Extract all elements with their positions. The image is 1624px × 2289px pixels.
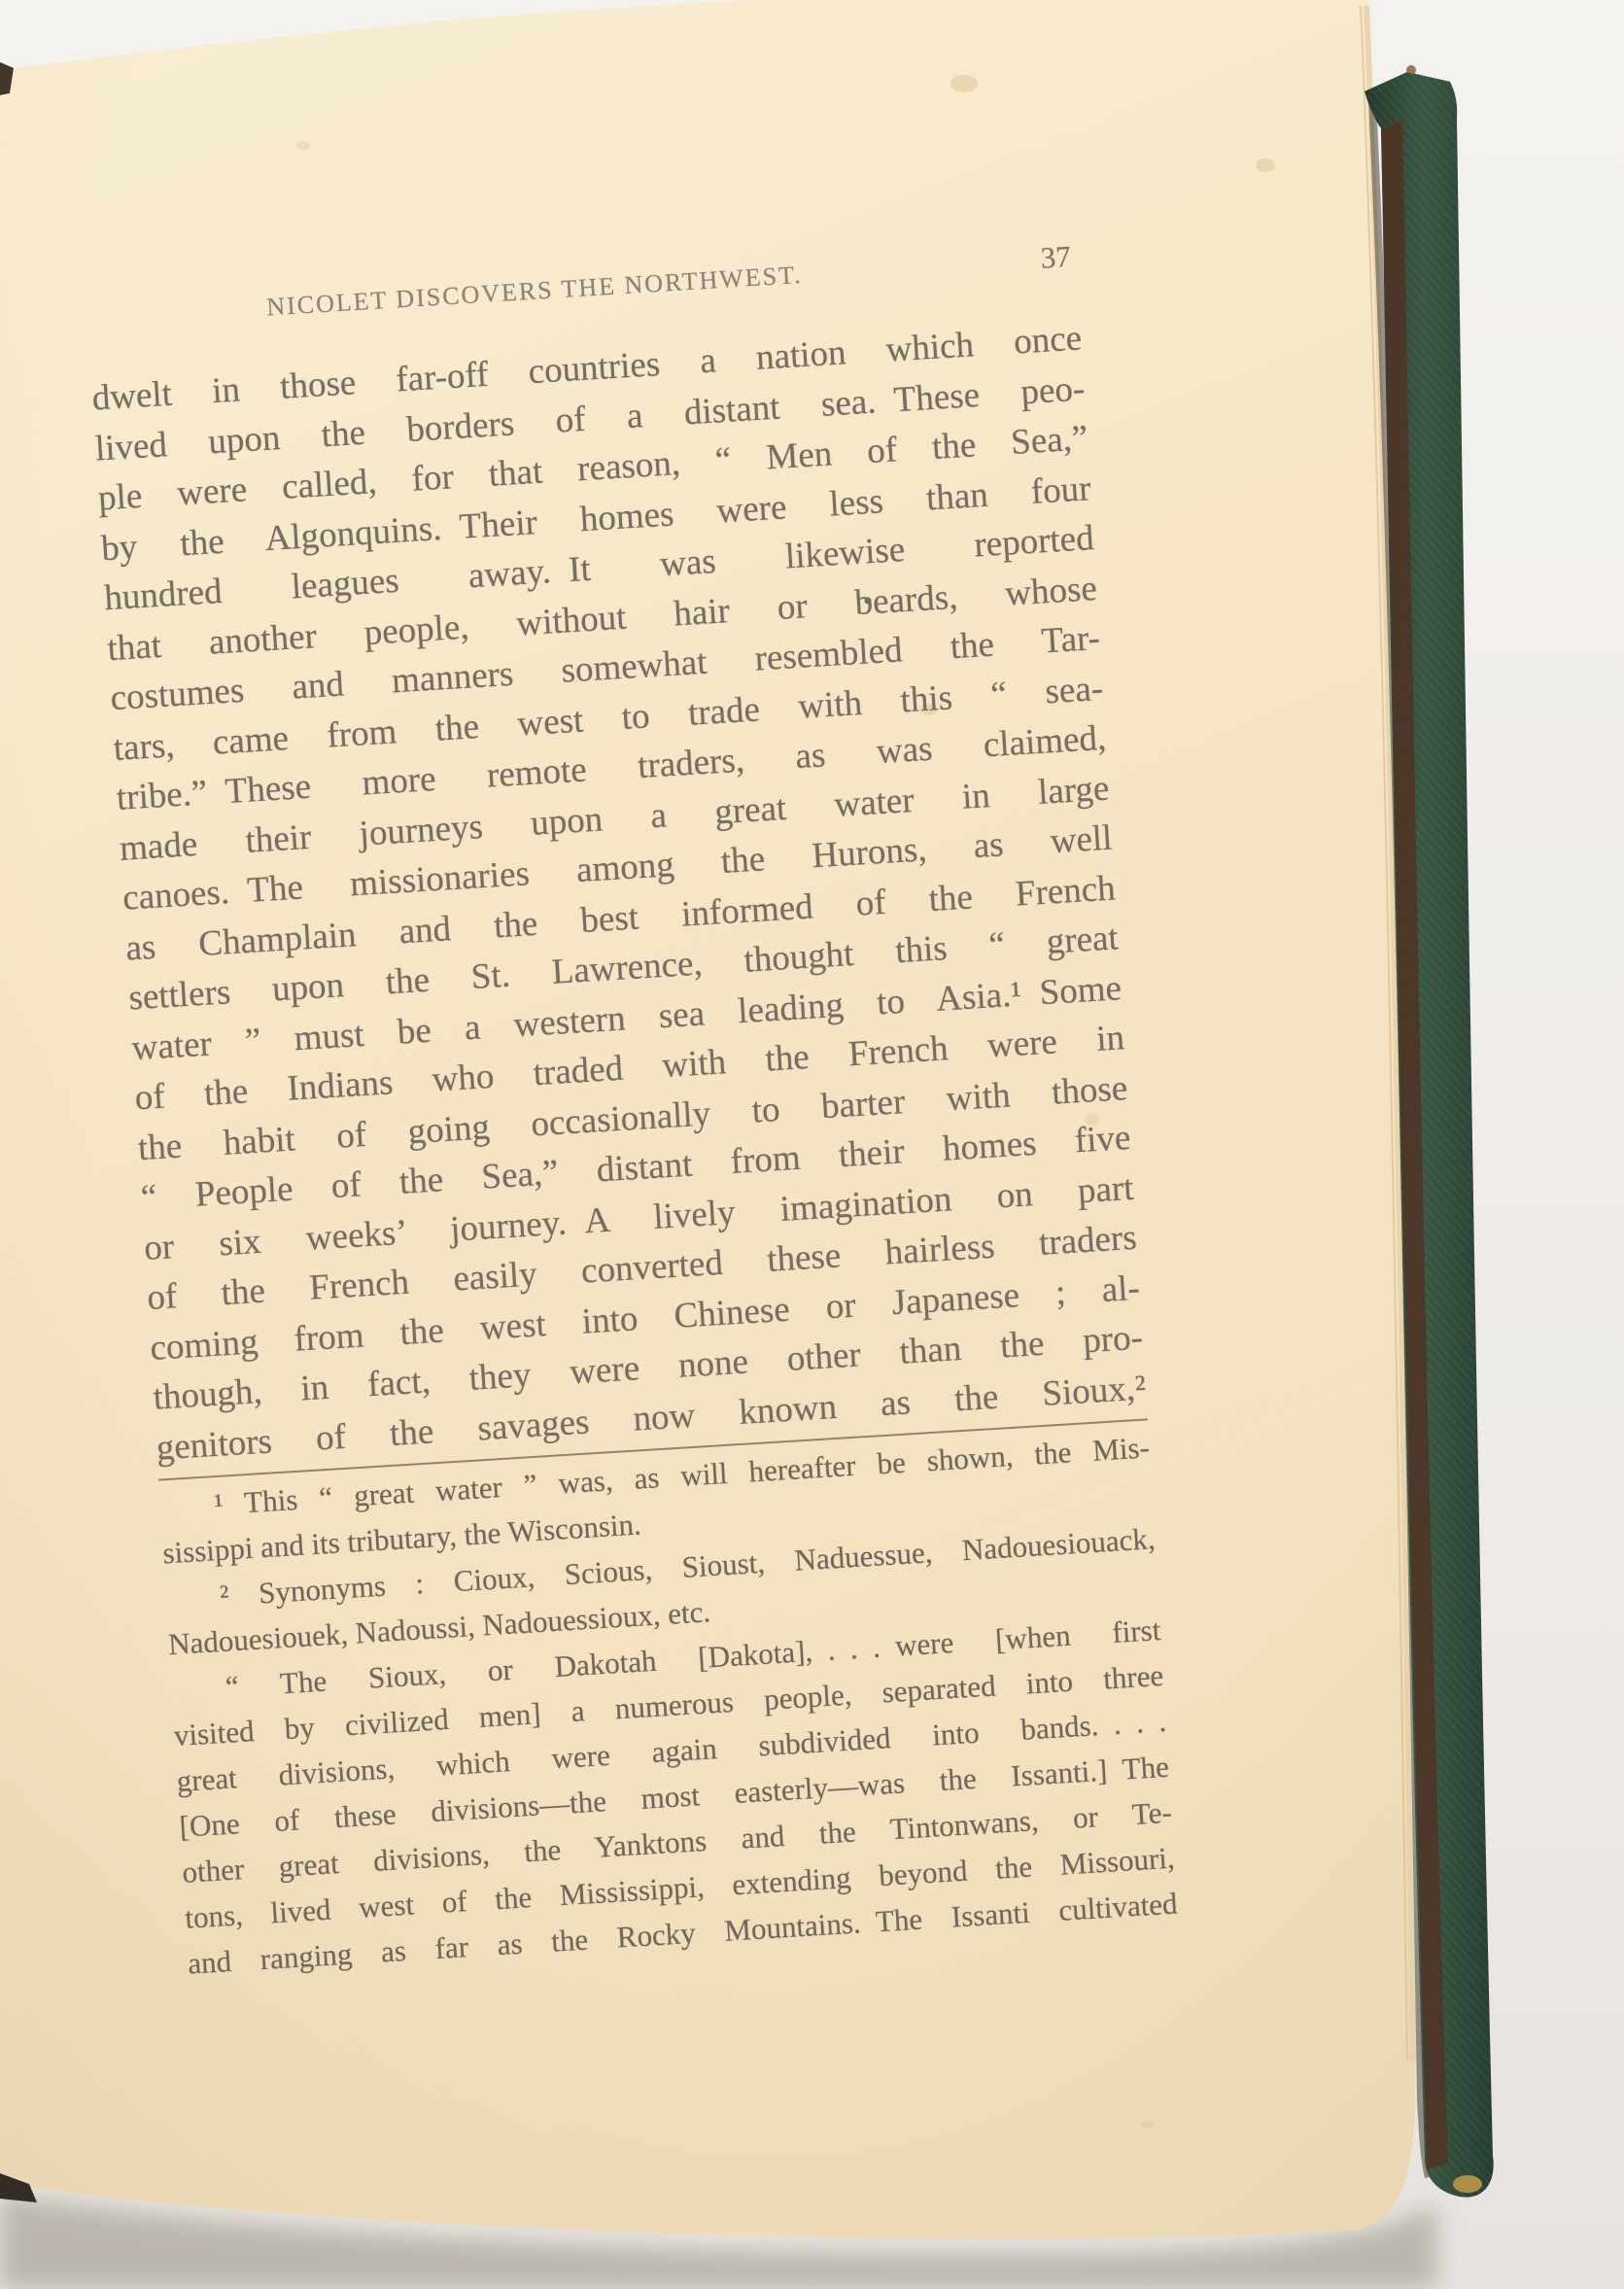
footnotes: ¹ This “ great water ” was, as will here… bbox=[158, 1424, 1179, 1986]
page-number: 37 bbox=[1040, 239, 1072, 276]
page-text-layer: NICOLET DISCOVERS THE NORTHWEST. 37 dwel… bbox=[83, 183, 1179, 1987]
cover-top-fray bbox=[1406, 65, 1416, 75]
running-header: NICOLET DISCOVERS THE NORTHWEST. 37 bbox=[86, 239, 1078, 334]
foxing-spot bbox=[1256, 158, 1275, 172]
foxing-spot bbox=[296, 141, 310, 151]
running-header-title: NICOLET DISCOVERS THE NORTHWEST. bbox=[266, 260, 804, 323]
book-photo: NICOLET DISCOVERS THE NORTHWEST. 37 dwel… bbox=[0, 0, 1624, 2289]
foxing-spot bbox=[1141, 2120, 1153, 2128]
cover-worn-corner bbox=[1453, 2175, 1482, 2193]
foxing-spot bbox=[950, 75, 978, 92]
body-text: dwelt in those far-off countries a natio… bbox=[90, 313, 1147, 1473]
